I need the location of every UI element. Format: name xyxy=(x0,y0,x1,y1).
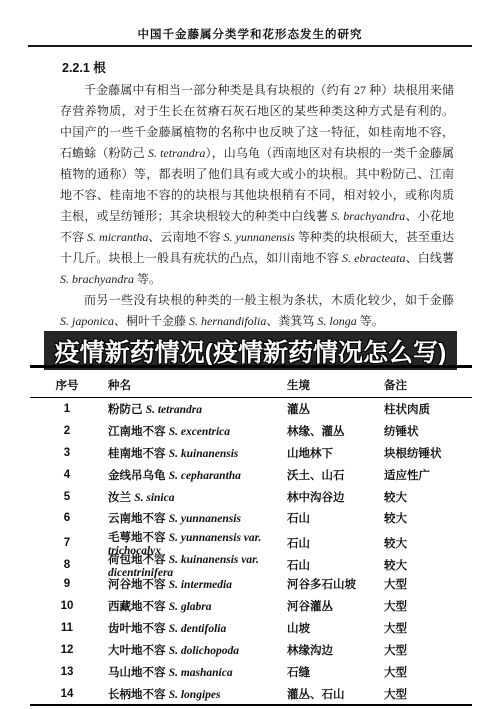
cell-no: 11 xyxy=(30,622,104,634)
species-cn-name: 汝兰 xyxy=(108,492,134,504)
cell-species-name: 马山地不容 S. mashanica xyxy=(104,664,283,680)
body-paragraph: 千金藤属中有相当一部分种类是具有块根的（约有 27 种）块根用来储存营养物质，对… xyxy=(60,80,454,290)
cell-no: 6 xyxy=(30,512,104,524)
cell-habitat: 沃土、山石 xyxy=(283,467,380,483)
cell-habitat: 灌丛、石山 xyxy=(283,686,380,702)
species-latin-name: S. dolichopoda xyxy=(169,645,239,657)
species-latin-name: S. tetrandra xyxy=(146,404,202,416)
species-cn-name: 江南地不容 xyxy=(108,426,169,438)
cell-note: 柱状肉质 xyxy=(380,401,472,417)
species-cn-name: 云南地不容 xyxy=(108,513,169,525)
cell-no: 8 xyxy=(30,559,104,571)
cell-no: 7 xyxy=(30,537,104,549)
species-cn-name: 马山地不容 xyxy=(108,667,169,679)
cell-species-name: 河谷地不容 S. intermedia xyxy=(104,576,283,592)
cell-note: 块根纺锤状 xyxy=(380,445,472,461)
table-row: 4金线吊乌龟 S. cepharantha沃土、山石适应性广 xyxy=(30,464,472,486)
species-latin-name: S. brachyandra xyxy=(331,209,405,223)
species-cn-name: 长柄地不容 xyxy=(108,689,169,701)
species-cn-name: 金线吊乌龟 xyxy=(108,470,169,482)
cell-species-name: 江南地不容 S. excentrica xyxy=(104,423,283,439)
cell-note: 较大 xyxy=(380,557,472,573)
species-cn-name: 大叶地不容 xyxy=(108,645,169,657)
cell-habitat: 石山 xyxy=(283,510,380,526)
cell-no: 13 xyxy=(30,666,104,678)
table-row: 7毛萼地不容 S. yunnanensis var. trichocalyx石山… xyxy=(30,529,472,551)
cell-species-name: 长柄地不容 S. longipes xyxy=(104,686,283,702)
document-page: 中国千金藤属分类学和花形态发生的研究 2.2.1 根 千金藤属中有相当一部分种类… xyxy=(0,0,500,709)
cell-species-name: 汝兰 S. sinica xyxy=(104,489,283,505)
body-paragraph: 而另一些没有块根的种类的一般主根为条状，木质化较少，如千金藤 S. japoni… xyxy=(60,290,454,332)
species-cn-name: 西藏地不容 xyxy=(108,601,169,613)
cell-habitat: 石山 xyxy=(283,535,380,551)
species-latin-name: S. longa xyxy=(317,314,356,328)
cell-note: 大型 xyxy=(380,576,472,592)
body-paragraphs: 千金藤属中有相当一部分种类是具有块根的（约有 27 种）块根用来储存营养物质，对… xyxy=(60,80,454,332)
cell-no: 3 xyxy=(30,447,104,459)
col-header-species: 种名 xyxy=(104,377,283,393)
table-row: 1粉防己 S. tetrandra灌丛柱状肉质 xyxy=(30,398,472,420)
species-latin-name: S. dentifolia xyxy=(169,623,227,635)
species-cn-name: 荷包地不容 xyxy=(108,554,169,566)
cell-species-name: 金线吊乌龟 S. cepharantha xyxy=(104,467,283,483)
cell-no: 2 xyxy=(30,425,104,437)
col-header-note: 备注 xyxy=(380,377,472,393)
species-latin-name: S. hernandifolia xyxy=(189,314,266,328)
table-row: 10西藏地不容 S. glabra河谷灌丛大型 xyxy=(30,595,472,617)
cell-habitat: 石山 xyxy=(283,557,380,573)
cell-note: 较大 xyxy=(380,489,472,505)
species-cn-name: 毛萼地不容 xyxy=(108,532,169,544)
species-latin-name: S. brachyandra xyxy=(60,272,134,286)
species-latin-name: S. yunnanensis xyxy=(169,513,241,525)
species-latin-name: S. micrantha xyxy=(87,230,148,244)
table-row: 2江南地不容 S. excentrica林缘、灌丛纺锤状 xyxy=(30,420,472,442)
cell-habitat: 山坡 xyxy=(283,620,380,636)
species-latin-name: S. cepharantha xyxy=(169,470,241,482)
cell-species-name: 云南地不容 S. yunnanensis xyxy=(104,510,283,526)
cell-note: 较大 xyxy=(380,535,472,551)
cell-no: 5 xyxy=(30,491,104,503)
species-latin-name: S. sinica xyxy=(134,492,174,504)
cell-species-name: 大叶地不容 S. dolichopoda xyxy=(104,642,283,658)
cell-species-name: 粉防己 S. tetrandra xyxy=(104,401,283,417)
table-row: 11齿叶地不容 S. dentifolia山坡大型 xyxy=(30,617,472,639)
species-latin-name: S. yunnanensis xyxy=(223,230,294,244)
species-cn-name: 河谷地不容 xyxy=(108,579,169,591)
cell-no: 12 xyxy=(30,644,104,656)
table-row: 6云南地不容 S. yunnanensis石山较大 xyxy=(30,507,472,529)
header-rule xyxy=(28,45,472,47)
cell-habitat: 河谷灌丛 xyxy=(283,598,380,614)
cell-note: 适应性广 xyxy=(380,467,472,483)
table-row: 13马山地不容 S. mashanica石缝大型 xyxy=(30,661,472,683)
table-row: 3桂南地不容 S. kuinanensis山地林下块根纺锤状 xyxy=(30,442,472,464)
cell-no: 4 xyxy=(30,469,104,481)
table-row: 8荷包地不容 S. kuinanensis var. dicentrinifer… xyxy=(30,551,472,573)
table-top-border xyxy=(30,365,472,368)
table-body: 1粉防己 S. tetrandra灌丛柱状肉质2江南地不容 S. excentr… xyxy=(30,398,472,706)
table-row: 9河谷地不容 S. intermedia河谷多石山坡大型 xyxy=(30,573,472,595)
cell-note: 大型 xyxy=(380,686,472,702)
species-latin-name: S. excentrica xyxy=(169,426,230,438)
cell-habitat: 林缘沟边 xyxy=(283,642,380,658)
species-latin-name: S. glabra xyxy=(169,601,212,613)
table-row: 14长柄地不容 S. longipes灌丛、石山大型 xyxy=(30,683,472,705)
cell-note: 纺锤状 xyxy=(380,423,472,439)
cell-no: 10 xyxy=(30,600,104,612)
cell-note: 大型 xyxy=(380,598,472,614)
species-latin-name: S. ebracteata xyxy=(342,251,405,265)
overlay-ad-banner-text: 疫情新药情况(疫情新药情况怎么写) xyxy=(55,333,447,369)
cell-habitat: 河谷多石山坡 xyxy=(283,576,380,592)
cell-note: 大型 xyxy=(380,664,472,680)
cell-note: 大型 xyxy=(380,642,472,658)
species-latin-name: S. kuinanensis xyxy=(169,448,239,460)
table-header-row: 序号 种名 生境 备注 xyxy=(30,372,472,398)
cell-habitat: 林中沟谷边 xyxy=(283,489,380,505)
col-header-habitat: 生境 xyxy=(283,377,380,393)
cell-habitat: 林缘、灌丛 xyxy=(283,423,380,439)
cell-species-name: 西藏地不容 S. glabra xyxy=(104,598,283,614)
cell-no: 9 xyxy=(30,578,104,590)
table-row: 5汝兰 S. sinica林中沟谷边较大 xyxy=(30,486,472,508)
cell-note: 大型 xyxy=(380,620,472,636)
cell-species-name: 荷包地不容 S. kuinanensis var. dicentrinifera xyxy=(104,551,283,579)
species-cn-name: 桂南地不容 xyxy=(108,448,169,460)
species-latin-name: S. japonica xyxy=(60,314,114,328)
species-latin-name: S. longipes xyxy=(169,689,221,701)
species-cn-name: 齿叶地不容 xyxy=(108,623,169,635)
col-header-no: 序号 xyxy=(30,377,104,393)
cell-no: 14 xyxy=(30,688,104,700)
cell-species-name: 齿叶地不容 S. dentifolia xyxy=(104,620,283,636)
cell-habitat: 山地林下 xyxy=(283,445,380,461)
species-latin-name: S. tetrandra xyxy=(148,146,205,160)
species-cn-name: 粉防己 xyxy=(108,404,146,416)
section-heading: 2.2.1 根 xyxy=(62,58,106,76)
species-table: 序号 种名 生境 备注 1粉防己 S. tetrandra灌丛柱状肉质2江南地不… xyxy=(30,372,472,706)
cell-habitat: 石缝 xyxy=(283,664,380,680)
species-latin-name: S. mashanica xyxy=(169,667,233,679)
cell-species-name: 桂南地不容 S. kuinanensis xyxy=(104,445,283,461)
cell-note: 较大 xyxy=(380,510,472,526)
running-header-title: 中国千金藤属分类学和花形态发生的研究 xyxy=(0,26,500,42)
species-latin-name: S. intermedia xyxy=(169,579,232,591)
cell-habitat: 灌丛 xyxy=(283,401,380,417)
cell-no: 1 xyxy=(30,403,104,415)
table-row: 12大叶地不容 S. dolichopoda林缘沟边大型 xyxy=(30,639,472,661)
